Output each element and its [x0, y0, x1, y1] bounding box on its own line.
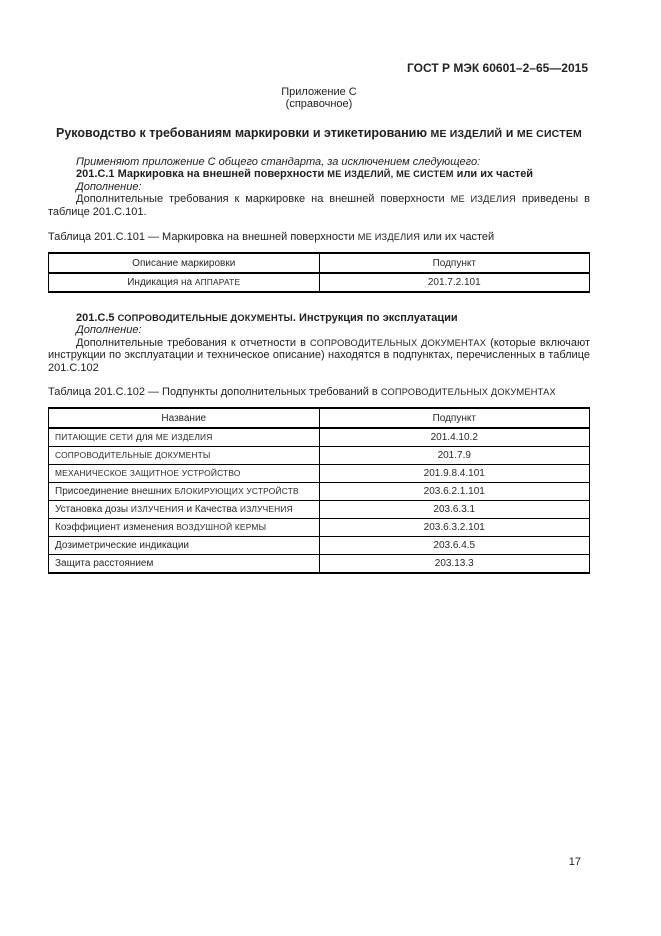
defined-term: МЕ ИЗДЕЛИЙ: [431, 128, 503, 140]
table-header-row: Описание маркировки Подпункт: [49, 253, 590, 273]
defined-term: СОПРОВОДИТЕЛЬНЫЕ ДОКУМЕНТЫ: [118, 313, 293, 323]
defined-term: БЛОКИРУЮЩИХ УСТРОЙСТВ: [175, 486, 299, 496]
table-row: ПИТАЮЩИЕ СЕТИ для МЕ ИЗДЕЛИЯ 201.4.10.2: [49, 428, 590, 447]
section-201c1-heading: 201.С.1 Маркировка на внешней поверхност…: [48, 168, 590, 181]
text-run: или их частей: [454, 168, 533, 180]
marking-description-cell: Индикация на АППАРАТЕ: [49, 273, 320, 292]
table-201c101: Описание маркировки Подпункт Индикация н…: [48, 252, 590, 293]
appendix-title: Руководство к требованиям маркировки и э…: [48, 126, 590, 141]
defined-term: МЕ ИЗДЕЛИЯ: [358, 232, 420, 242]
text-run: 201.С.1 Маркировка на внешней поверхност…: [76, 168, 327, 180]
requirement-name-cell: Защита расстоянием: [49, 554, 320, 573]
text-run: Дополнительные требования к маркировке н…: [76, 193, 451, 205]
defined-term: ПИТАЮЩИЕ СЕТИ: [55, 432, 133, 442]
section-201c1-paragraph: Дополнительные требования к маркировке н…: [48, 193, 590, 218]
text-run: и: [502, 126, 517, 140]
defined-term: СОПРОВОДИТЕЛЬНЫХ ДОКУМЕНТАХ: [381, 387, 556, 397]
section-201c5-paragraph: Дополнительные требования к отчетности в…: [48, 337, 590, 375]
table-201c102: Название Подпункт ПИТАЮЩИЕ СЕТИ для МЕ И…: [48, 407, 590, 574]
table-row: Дозиметрические индикации 203.6.4.5: [49, 536, 590, 554]
text-run: Дополнительные требования к отчетности в: [76, 337, 310, 349]
table-row: Защита расстоянием 203.13.3: [49, 554, 590, 573]
text-run: Руководство к требованиям маркировки и э…: [56, 126, 430, 140]
text-run: Таблица 201.С.101 — Маркировка на внешне…: [48, 231, 358, 243]
text-run: или их частей: [420, 231, 494, 243]
text-run: Защита расстоянием: [55, 558, 153, 569]
defined-term: ВОЗДУШНОЙ КЕРМЫ: [176, 522, 266, 532]
table-201c101-caption: Таблица 201.С.101 — Маркировка на внешне…: [48, 231, 590, 244]
requirement-name-cell: ПИТАЮЩИЕ СЕТИ для МЕ ИЗДЕЛИЯ: [49, 428, 320, 447]
page-number: 17: [569, 856, 581, 868]
subclause-cell: 203.6.4.5: [319, 536, 590, 554]
text-run: . Инструкция по эксплуатации: [293, 312, 458, 324]
defined-term: МЕ ИЗДЕЛИЯ: [156, 432, 213, 442]
application-note: Применяют приложение С общего стандарта,…: [48, 156, 590, 169]
subclause-cell: 203.13.3: [319, 554, 590, 573]
subclause-cell: 201.4.10.2: [319, 428, 590, 447]
subclause-cell: 201.7.2.101: [319, 273, 590, 292]
requirement-name-cell: СОПРОВОДИТЕЛЬНЫЕ ДОКУМЕНТЫ: [49, 446, 320, 464]
table-row: Установка дозы ИЗЛУЧЕНИЯ и Качества ИЗЛУ…: [49, 500, 590, 518]
table-row: Присоединение внешних БЛОКИРУЮЩИХ УСТРОЙ…: [49, 482, 590, 500]
defined-term: МЕ ИЗДЕЛИЙ, МЕ СИСТЕМ: [327, 169, 453, 179]
text-run: и Качества: [184, 504, 240, 515]
defined-term: МЕ ИЗДЕЛИЯ: [451, 194, 516, 204]
defined-term: МЕХАНИЧЕСКОЕ ЗАЩИТНОЕ УСТРОЙСТВО: [55, 468, 241, 478]
requirement-name-cell: Дозиметрические индикации: [49, 536, 320, 554]
section-201c5-heading: 201.С.5 СОПРОВОДИТЕЛЬНЫЕ ДОКУМЕНТЫ. Инст…: [48, 312, 590, 325]
table-row: Коэффициент изменения ВОЗДУШНОЙ КЕРМЫ 20…: [49, 518, 590, 536]
defined-term: СОПРОВОДИТЕЛЬНЫХ ДОКУМЕНТАХ: [310, 338, 486, 348]
column-header-subclause: Подпункт: [319, 408, 590, 428]
text-run: для: [133, 432, 156, 443]
defined-term: АППАРАТЕ: [195, 277, 240, 287]
text-run: Установка дозы: [55, 504, 131, 515]
requirement-name-cell: МЕХАНИЧЕСКОЕ ЗАЩИТНОЕ УСТРОЙСТВО: [49, 464, 320, 482]
text-run: Присоединение внешних: [55, 486, 175, 497]
text-run: Таблица 201.С.102 — Подпункты дополнител…: [48, 386, 381, 398]
requirement-name-cell: Установка дозы ИЗЛУЧЕНИЯ и Качества ИЗЛУ…: [49, 500, 320, 518]
defined-term: СОПРОВОДИТЕЛЬНЫЕ ДОКУМЕНТЫ: [55, 450, 211, 460]
standard-designation: ГОСТ Р МЭК 60601–2–65—2015: [48, 62, 590, 75]
subclause-cell: 203.6.2.1.101: [319, 482, 590, 500]
subclause-cell: 203.6.3.2.101: [319, 518, 590, 536]
appendix-label: Приложение С: [48, 86, 590, 99]
table-201c102-caption: Таблица 201.С.102 — Подпункты дополнител…: [48, 386, 590, 399]
column-header-marking-description: Описание маркировки: [49, 253, 320, 273]
text-run: Дозиметрические индикации: [55, 540, 189, 551]
table-row: СОПРОВОДИТЕЛЬНЫЕ ДОКУМЕНТЫ 201.7.9: [49, 446, 590, 464]
text-run: Коэффициент изменения: [55, 522, 176, 533]
requirement-name-cell: Присоединение внешних БЛОКИРУЮЩИХ УСТРОЙ…: [49, 482, 320, 500]
text-run: 201.С.5: [76, 312, 118, 324]
table-header-row: Название Подпункт: [49, 408, 590, 428]
subclause-cell: 201.9.8.4.101: [319, 464, 590, 482]
column-header-name: Название: [49, 408, 320, 428]
appendix-sublabel: (справочное): [48, 98, 590, 111]
defined-term: ИЗЛУЧЕНИЯ: [240, 504, 293, 514]
page-content: ГОСТ Р МЭК 60601–2–65—2015 Приложение С …: [48, 62, 590, 574]
section-201c1-addition-label: Дополнение:: [48, 181, 590, 194]
defined-term: ИЗЛУЧЕНИЯ: [131, 504, 184, 514]
subclause-cell: 201.7.9: [319, 446, 590, 464]
text-run: Индикация на: [127, 277, 195, 288]
table-row: Индикация на АППАРАТЕ 201.7.2.101: [49, 273, 590, 292]
table-row: МЕХАНИЧЕСКОЕ ЗАЩИТНОЕ УСТРОЙСТВО 201.9.8…: [49, 464, 590, 482]
defined-term: МЕ СИСТЕМ: [517, 128, 582, 140]
column-header-subclause: Подпункт: [319, 253, 590, 273]
section-201c5-addition-label: Дополнение:: [48, 324, 590, 337]
document-page: ГОСТ Р МЭК 60601–2–65—2015 Приложение С …: [0, 0, 661, 936]
subclause-cell: 203.6.3.1: [319, 500, 590, 518]
requirement-name-cell: Коэффициент изменения ВОЗДУШНОЙ КЕРМЫ: [49, 518, 320, 536]
